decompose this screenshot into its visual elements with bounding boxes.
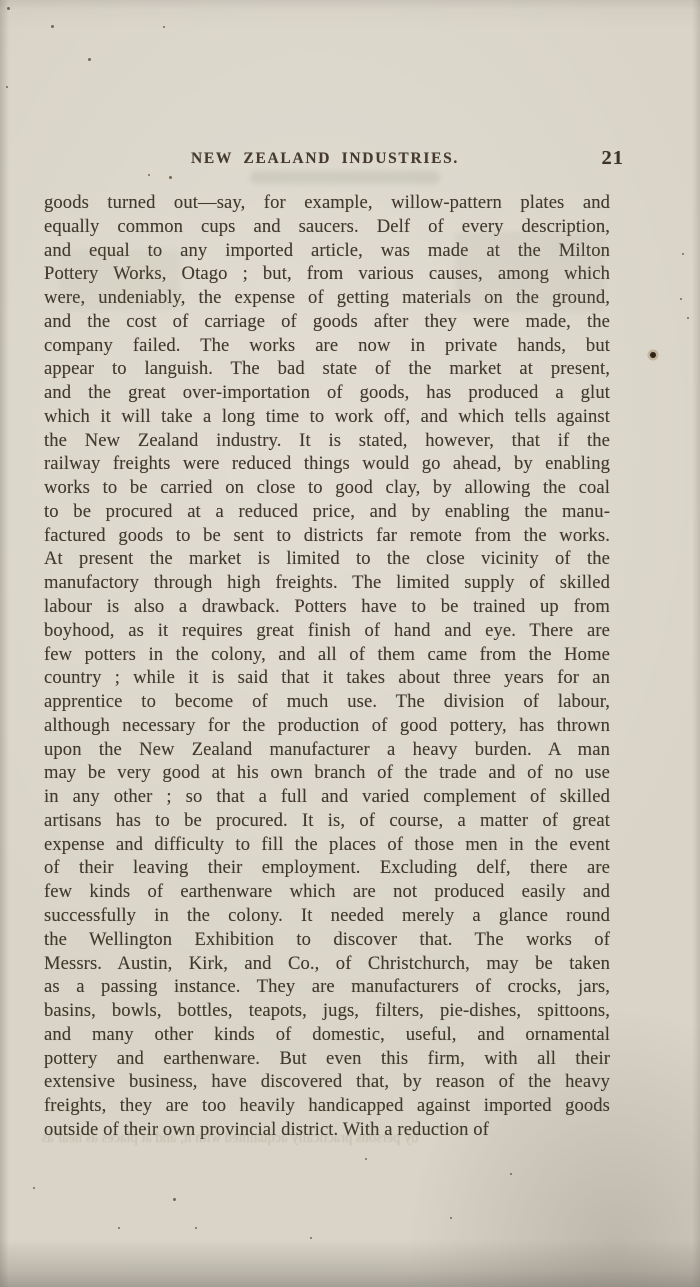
- paper-speck: [163, 26, 165, 28]
- text-line: railway freights were reduced things wou…: [44, 452, 610, 476]
- text-line: factured goods to be sent to districts f…: [44, 524, 610, 548]
- text-line: works to be carried on close to good cla…: [44, 476, 610, 500]
- paper-speck: [88, 58, 91, 61]
- text-line: and the great over-importation of goods,…: [44, 381, 610, 405]
- paper-speck: [682, 253, 684, 255]
- running-head: NEW ZEALAND INDUSTRIES.: [44, 150, 610, 168]
- text-line: At present the market is limited to the …: [44, 547, 610, 571]
- text-line: although necessary for the production of…: [44, 714, 610, 738]
- book-page: NEW ZEALAND INDUSTRIES. 21 goods turned …: [0, 0, 700, 1287]
- text-line: apprentice to become of much use. The di…: [44, 690, 610, 714]
- text-line: boyhood, as it requires great finish of …: [44, 619, 610, 643]
- text-line: freights, they are too heavily handicapp…: [44, 1094, 610, 1118]
- body-text: goods turned out—say, for example, willo…: [44, 191, 610, 1142]
- text-line: which it will take a long time to work o…: [44, 405, 610, 429]
- text-line: Pottery Works, Otago ; but, from various…: [44, 262, 610, 286]
- paper-speck: [310, 1237, 312, 1239]
- paper-speck: [173, 1198, 176, 1201]
- text-line: appear to languish. The bad state of the…: [44, 357, 610, 381]
- text-line: outside of their own provincial district…: [44, 1118, 610, 1142]
- text-line: labour is also a drawback. Potters have …: [44, 595, 610, 619]
- paper-speck: [450, 1217, 452, 1219]
- text-line: company failed. The works are now in pri…: [44, 334, 610, 358]
- text-line: basins, bowls, bottles, teapots, jugs, f…: [44, 999, 610, 1023]
- paper-speck: [33, 1187, 35, 1189]
- text-line: expense and difficulty to fill the place…: [44, 833, 610, 857]
- text-line: the New Zealand industry. It is stated, …: [44, 429, 610, 453]
- text-line: few potters in the colony, and all of th…: [44, 643, 610, 667]
- text-line: successfully in the colony. It needed me…: [44, 904, 610, 928]
- text-line: and many other kinds of domestic, useful…: [44, 1023, 610, 1047]
- paper-speck: [148, 174, 150, 176]
- text-line: to be procured at a reduced price, and b…: [44, 500, 610, 524]
- text-line: Messrs. Austin, Kirk, and Co., of Christ…: [44, 952, 610, 976]
- paper-speck: [195, 1227, 197, 1229]
- paper-speck: [169, 176, 172, 179]
- paper-speck: [6, 86, 8, 88]
- page-header: NEW ZEALAND INDUSTRIES. 21: [44, 150, 610, 174]
- text-line: may be very good at his own branch of th…: [44, 761, 610, 785]
- paper-speck: [7, 7, 10, 10]
- text-line: upon the New Zealand manufacturer a heav…: [44, 738, 610, 762]
- paper-speck: [365, 1158, 367, 1160]
- text-line: goods turned out—say, for example, willo…: [44, 191, 610, 215]
- paper-speck: [687, 317, 689, 319]
- paper-speck: [118, 1227, 120, 1229]
- text-line: country ; while it is said that it takes…: [44, 666, 610, 690]
- text-line: of their leaving their employment. Exclu…: [44, 856, 610, 880]
- text-line: few kinds of earthenware which are not p…: [44, 880, 610, 904]
- page-number: 21: [602, 147, 625, 170]
- text-line: artisans has to be procured. It is, of c…: [44, 809, 610, 833]
- text-line: as a passing instance. They are manufact…: [44, 975, 610, 999]
- text-line: pottery and earthenware. But even this f…: [44, 1047, 610, 1071]
- text-line: and the cost of carriage of goods after …: [44, 310, 610, 334]
- ink-spot: [650, 352, 656, 358]
- text-line: were, undeniably, the expense of getting…: [44, 286, 610, 310]
- text-line: manufactory through high freights. The l…: [44, 571, 610, 595]
- text-line: equally common cups and saucers. Delf of…: [44, 215, 610, 239]
- text-line: and equal to any imported article, was m…: [44, 239, 610, 263]
- text-line: in any other ; so that a full and varied…: [44, 785, 610, 809]
- paper-speck: [510, 1173, 512, 1175]
- paper-speck: [51, 25, 54, 28]
- text-line: extensive business, have discovered that…: [44, 1070, 610, 1094]
- paper-speck: [680, 298, 682, 300]
- text-line: the Wellington Exhibition to discover th…: [44, 928, 610, 952]
